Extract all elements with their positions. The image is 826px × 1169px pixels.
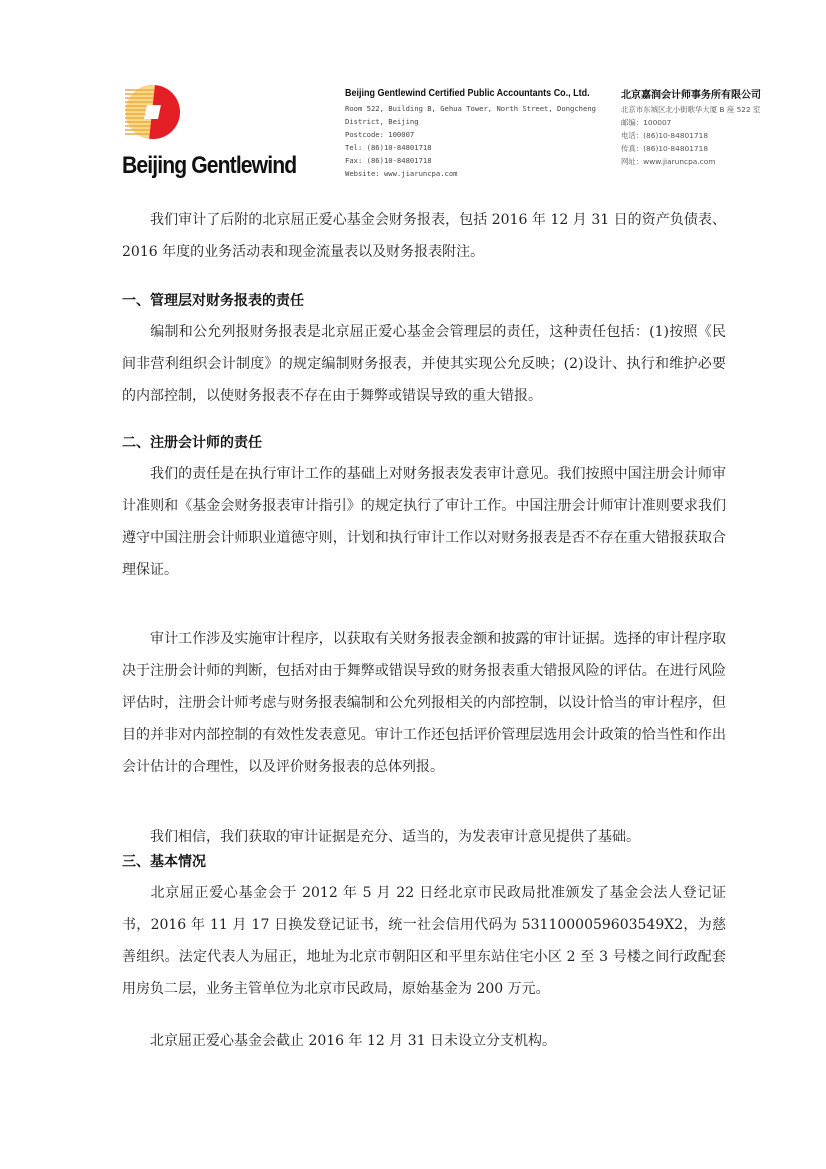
firm-tel-cn: 电话：(86)10-84801718: [621, 129, 791, 142]
firm-fax-cn: 传真：(86)10-84801718: [621, 142, 791, 155]
management-responsibility-paragraph: 编制和公允列报财务报表是北京屈正爱心基金会管理层的责任，这种责任包括：(1)按照…: [122, 316, 726, 412]
firm-address-cn: 北京市东城区北小街歌华大厦 B 座 522 室: [621, 103, 791, 116]
firm-website-cn: 网址：www.jiaruncpa.com: [621, 155, 791, 168]
company-logo: Beijing Gentlewind: [122, 82, 322, 182]
auditor-responsibility-paragraph-3: 我们相信，我们获取的审计证据是充分、适当的，为发表审计意见提供了基础。: [122, 821, 726, 853]
firm-name-chinese: 北京嘉润会计师事务所有限公司: [621, 86, 791, 101]
firm-address-line-2: District, Beijing: [345, 115, 610, 128]
firm-postcode: Postcode: 100007: [345, 128, 610, 141]
auditor-responsibility-paragraph-1: 我们的责任是在执行审计工作的基础上对财务报表发表审计意见。我们按照中国注册会计师…: [122, 458, 726, 586]
section-heading-management-responsibility: 一、管理层对财务报表的责任: [122, 290, 304, 310]
basic-information-paragraph-2: 北京屈正爱心基金会截止 2016 年 12 月 31 日未设立分支机构。: [122, 1025, 726, 1057]
firm-website: Website: www.jiaruncpa.com: [345, 167, 610, 180]
intro-paragraph: 我们审计了后附的北京屈正爱心基金会财务报表，包括 2016 年 12 月 31 …: [122, 204, 726, 268]
firm-address-line-1: Room 522, Building B, Gehua Tower, North…: [345, 102, 610, 115]
section-heading-auditor-responsibility: 二、注册会计师的责任: [122, 432, 262, 452]
firm-name-english: Beijing Gentlewind Certified Public Acco…: [345, 88, 584, 99]
letterhead-english: Beijing Gentlewind Certified Public Acco…: [345, 88, 610, 180]
document-page: Beijing Gentlewind Beijing Gentlewind Ce…: [0, 0, 826, 1169]
section-heading-basic-information: 三、基本情况: [122, 851, 206, 871]
basic-information-paragraph-1: 北京屈正爱心基金会于 2012 年 5 月 22 日经北京市民政局批准颁发了基金…: [122, 877, 726, 1005]
firm-tel: Tel: (86)10-84801718: [345, 141, 610, 154]
auditor-responsibility-paragraph-2: 审计工作涉及实施审计程序，以获取有关财务报表金额和披露的审计证据。选择的审计程序…: [122, 623, 726, 783]
letterhead-chinese: 北京嘉润会计师事务所有限公司 北京市东城区北小街歌华大厦 B 座 522 室 邮…: [621, 86, 791, 168]
firm-postcode-cn: 邮编：100007: [621, 116, 791, 129]
logo-wordmark: Beijing Gentlewind: [122, 152, 296, 180]
logo-emblem-icon: [125, 84, 181, 140]
firm-fax: Fax: (86)10-84801718: [345, 154, 610, 167]
